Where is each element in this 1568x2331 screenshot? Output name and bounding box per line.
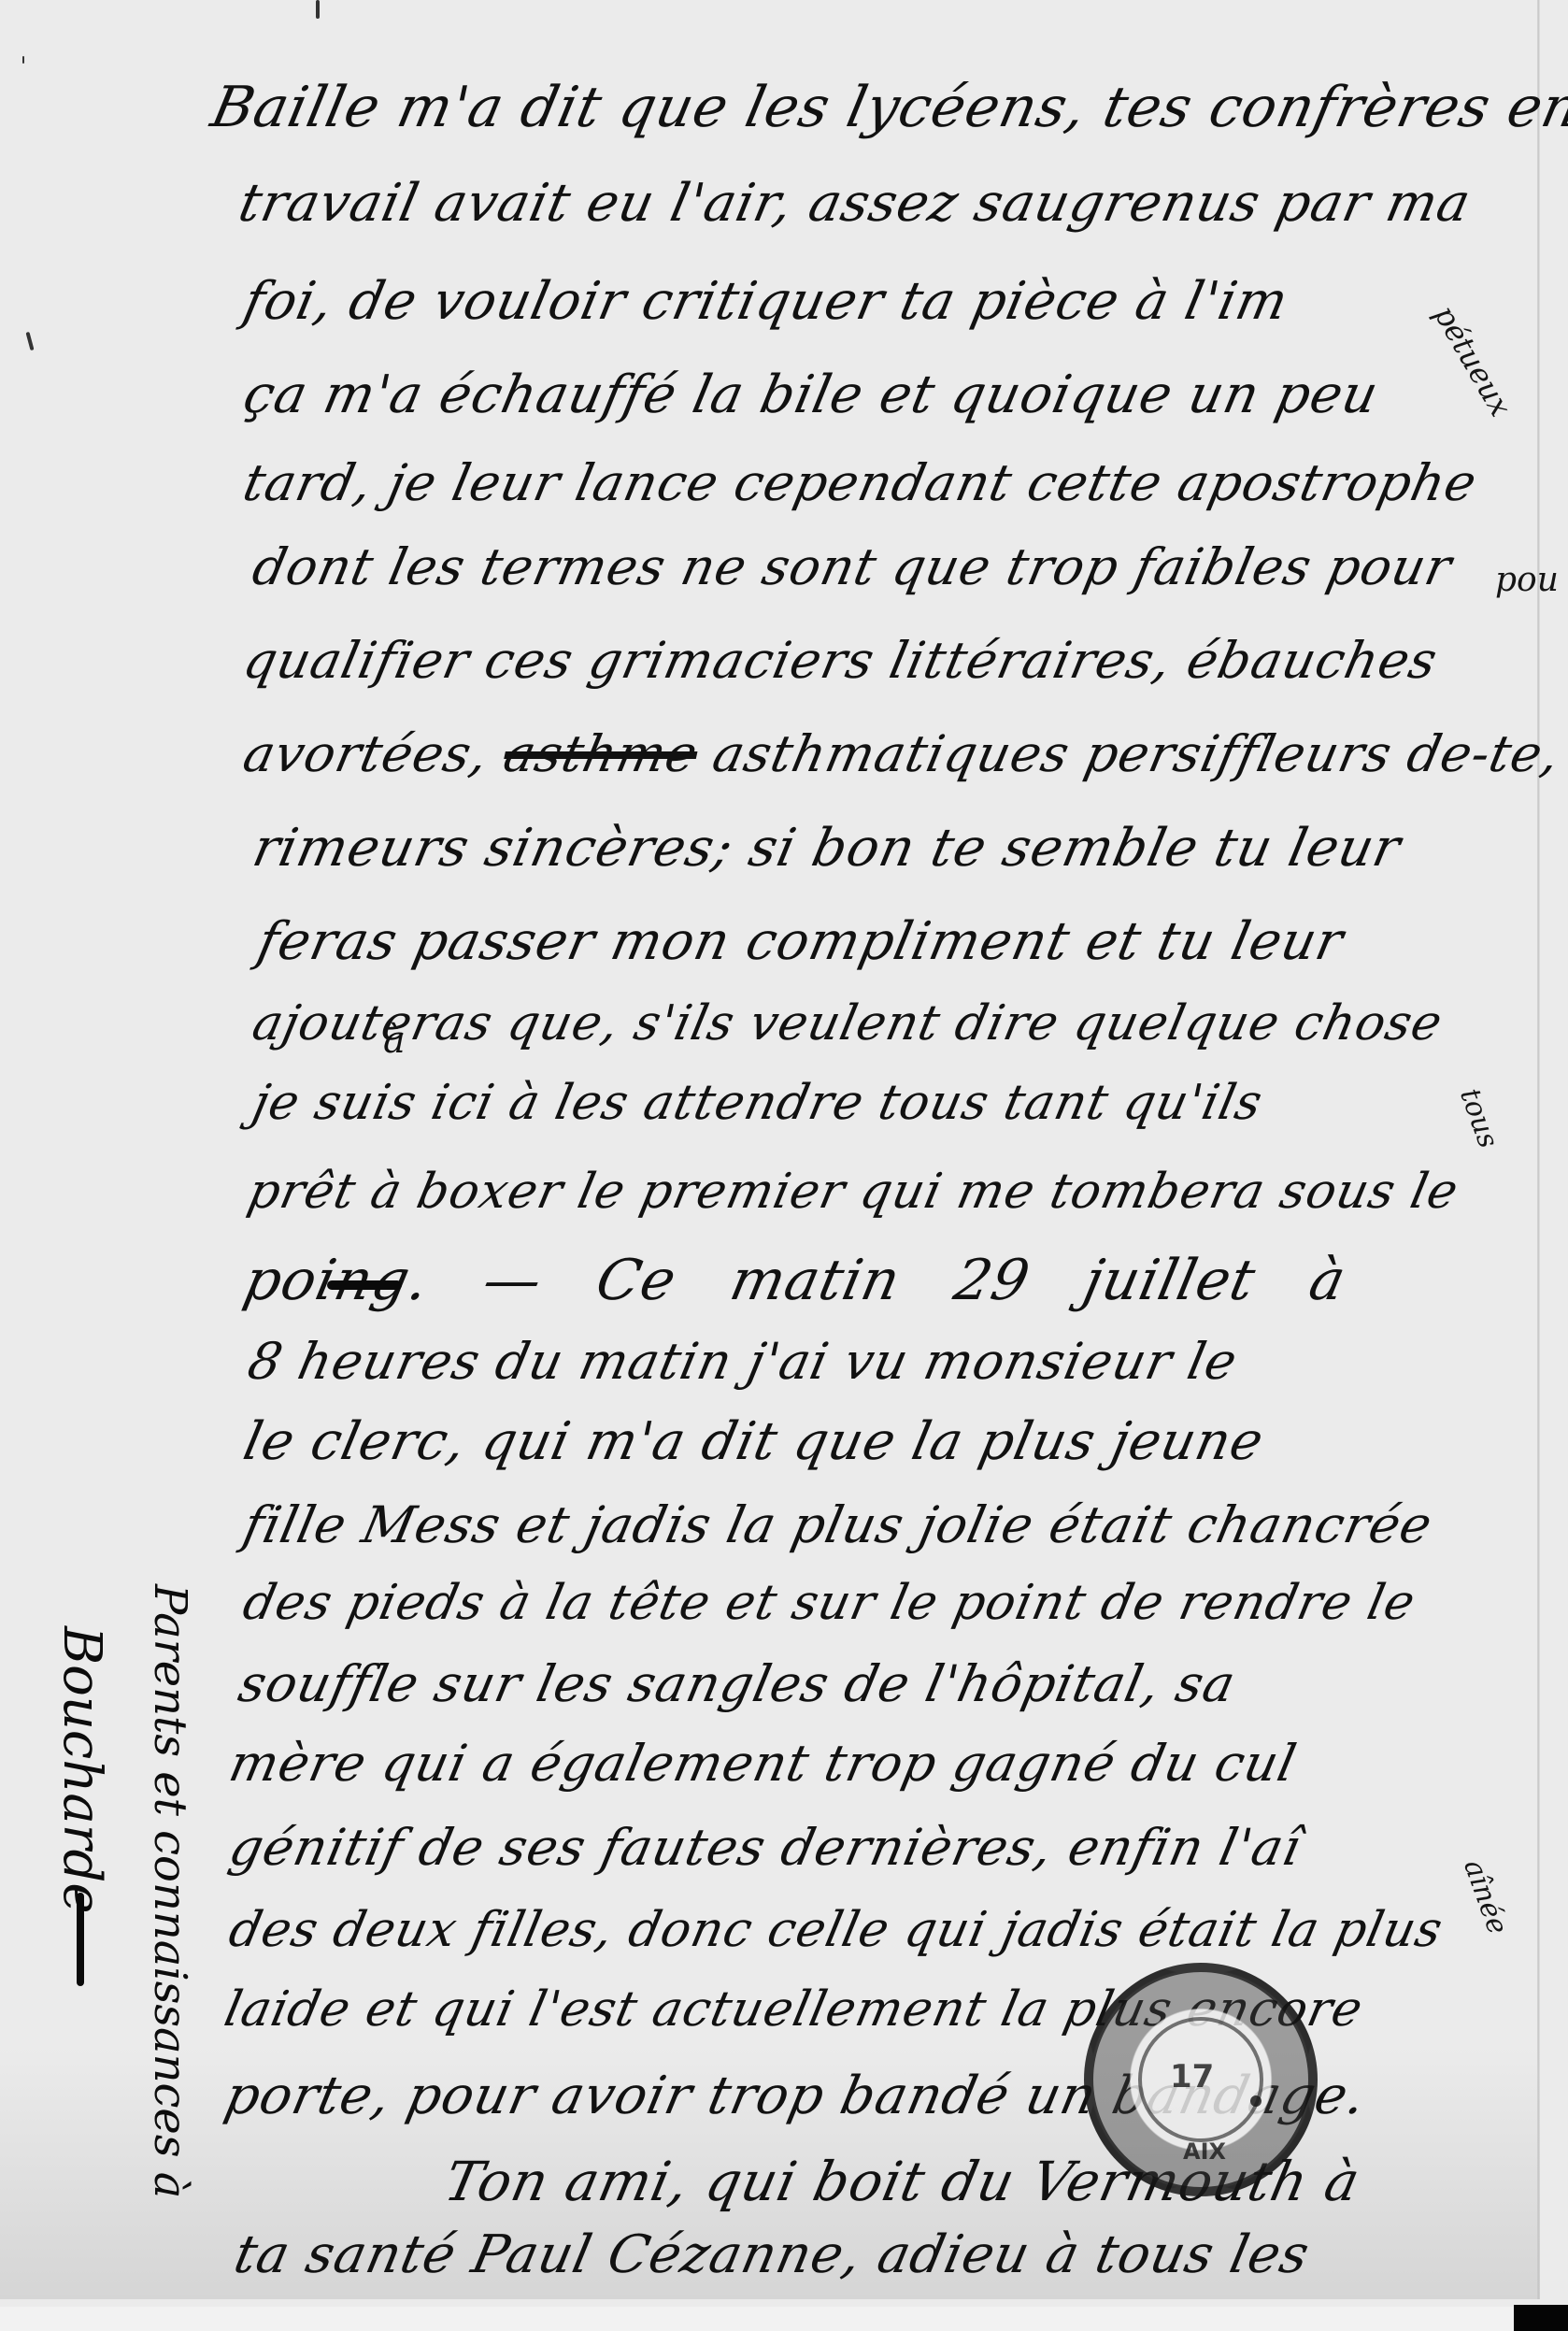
letter-line-15: 8 heures du matin j'ai vu monsieur le — [243, 1332, 1243, 1391]
letter-line-21: génitif de ses fautes dernières, enfin l… — [224, 1818, 1307, 1877]
postmark-place: AIX — [1183, 2138, 1226, 2165]
left-margin-dash — [77, 1893, 84, 1986]
struck-word: asthme — [499, 724, 704, 783]
letter-line-20: mère qui a également trop gagné du cul — [224, 1734, 1302, 1793]
ink-mark — [25, 332, 34, 350]
scan-bottom-border — [0, 2307, 1568, 2331]
postmark-date: 17 — [1170, 2058, 1214, 2095]
letter-line-16: le clerc, qui m'a dit que la plus jeune — [238, 1411, 1269, 1472]
letter-line-6: dont les termes ne sont que trop faibles… — [248, 537, 1458, 596]
line-8-rest: asthmatiques persiffleurs de-te, — [691, 724, 1565, 783]
letter-line-1: Baille m'a dit que les lycéens, tes conf… — [206, 75, 1568, 140]
letter-line-17: fille Mess et jadis la plus jolie était … — [238, 1495, 1438, 1554]
ink-mark — [22, 56, 24, 64]
letter-line-12: je suis ici à les attendre tous tant qu'… — [248, 1075, 1268, 1131]
letter-line-2: travail avait eu l'air, assez saugrenus … — [234, 173, 1476, 234]
em-dash-stroke — [327, 1280, 402, 1290]
letter-line-14: poing. — Ce matin 29 juillet à — [238, 1248, 1352, 1313]
letter-line-10: feras passer mon compliment et tu leur — [252, 911, 1349, 972]
right-margin-note-2: pou — [1495, 561, 1559, 599]
right-margin-note-3: tous — [1453, 1084, 1504, 1152]
letter-line-11: ajouteras que, s'ils veulent dire quelqu… — [248, 995, 1447, 1051]
postmark-stamp: 17 AIX — [1084, 1963, 1318, 2196]
letter-line-22: des deux filles, donc celle qui jadis ét… — [224, 1902, 1447, 1958]
letter-line-26-signature: ta santé Paul Cézanne, adieu à tous les — [229, 2224, 1315, 2285]
letter-line-5: tard, je leur lance cependant cette apos… — [238, 453, 1482, 512]
letter-line-9: rimeurs sincères; si bon te semble tu le… — [248, 818, 1406, 879]
right-margin-note-1: pétueux — [1427, 299, 1518, 422]
right-margin-note-4: aînée — [1457, 1855, 1514, 1938]
letter-page: Baille m'a dit que les lycéens, tes conf… — [0, 0, 1568, 2331]
letter-line-18: des pieds à la tête et sur le point de r… — [238, 1575, 1420, 1631]
letter-line-13: prêt à boxer le premier qui me tombera s… — [243, 1164, 1463, 1220]
letter-line-3: foi, de vouloir critiquer ta pièce à l'i… — [238, 271, 1294, 332]
ink-mark — [316, 0, 320, 19]
page-right-edge — [1537, 0, 1540, 2299]
left-margin-line-2: Boucharde — [51, 1626, 112, 1914]
letter-line-7: qualifier ces grimaciers littéraires, éb… — [238, 631, 1443, 690]
postmark-dot — [1250, 2095, 1262, 2107]
letter-line-8: avortées, asthme asthmatiques persiffleu… — [238, 724, 1565, 783]
scan-corner-mark — [1514, 2305, 1568, 2331]
letter-line-4: ça m'a échauffé la bile et quoique un pe… — [238, 365, 1384, 425]
letter-line-19: souffle sur les sangles de l'hôpital, sa — [234, 1654, 1241, 1713]
left-margin-line-1: Parents et connaissances à — [144, 1584, 196, 2198]
insertion-a: à — [383, 1019, 406, 1062]
line-8-start: avortées, — [238, 724, 511, 783]
